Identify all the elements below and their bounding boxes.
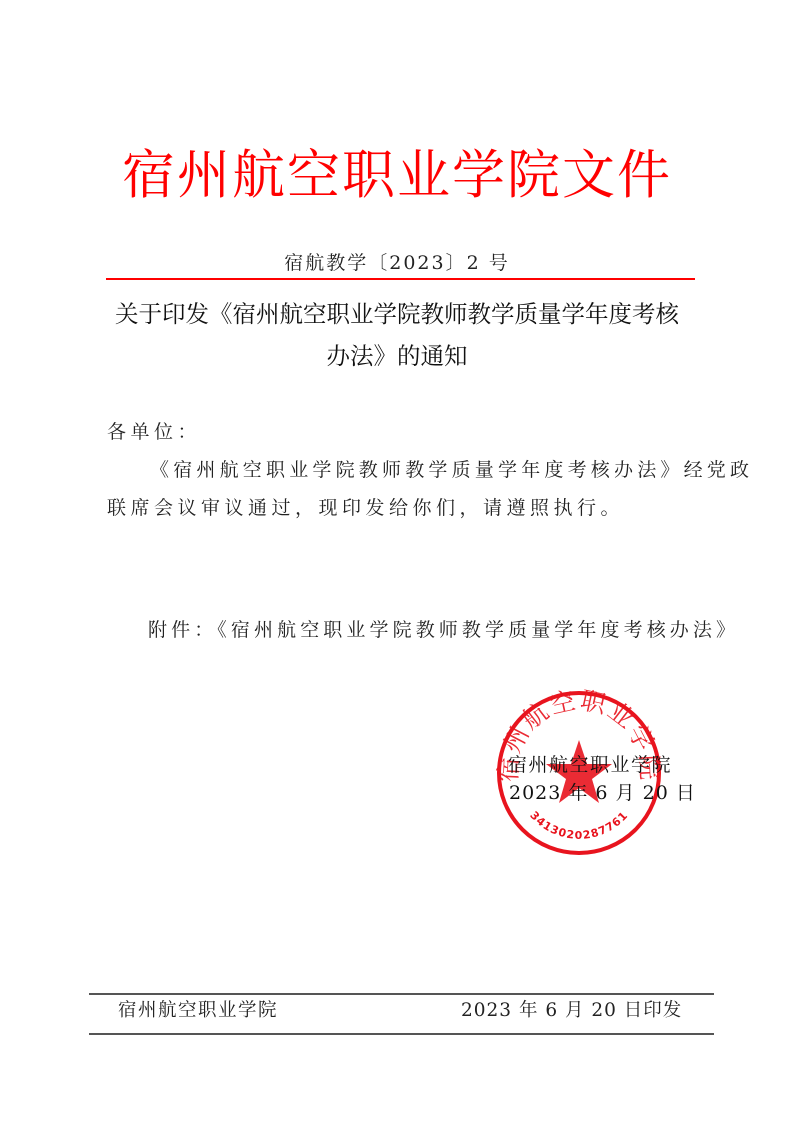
- svg-text:3413020287761: 3413020287761: [527, 809, 630, 842]
- attachment-line: 附件：《宿州航空职业学院教师教学质量学年度考核办法》: [148, 617, 739, 643]
- salutation: 各单位：: [107, 419, 201, 445]
- document-number: 宿航教学〔2023〕2 号: [0, 250, 794, 276]
- body-paragraph-line-2: 联席会议审议通过，现印发给你们，请遵照执行。: [107, 495, 624, 521]
- red-divider: [106, 278, 695, 280]
- footer-issuer: 宿州航空职业学院: [118, 998, 278, 1024]
- signature-organization: 宿州航空职业学院: [508, 752, 672, 778]
- footer-top-rule: [89, 993, 714, 995]
- notice-title-line-1: 关于印发《宿州航空职业学院教师教学质量学年度考核: [96, 299, 698, 329]
- footer-bottom-rule: [89, 1033, 714, 1035]
- signature-date: 2023 年 6 月 20 日: [509, 780, 696, 806]
- footer-issue-date: 2023 年 6 月 20 日印发: [461, 998, 682, 1024]
- document-header-title: 宿州航空职业学院文件: [0, 143, 794, 209]
- body-paragraph-line-1: 《宿州航空职业学院教师教学质量学年度考核办法》经党政: [150, 457, 753, 483]
- notice-title-line-2: 办法》的通知: [96, 341, 698, 371]
